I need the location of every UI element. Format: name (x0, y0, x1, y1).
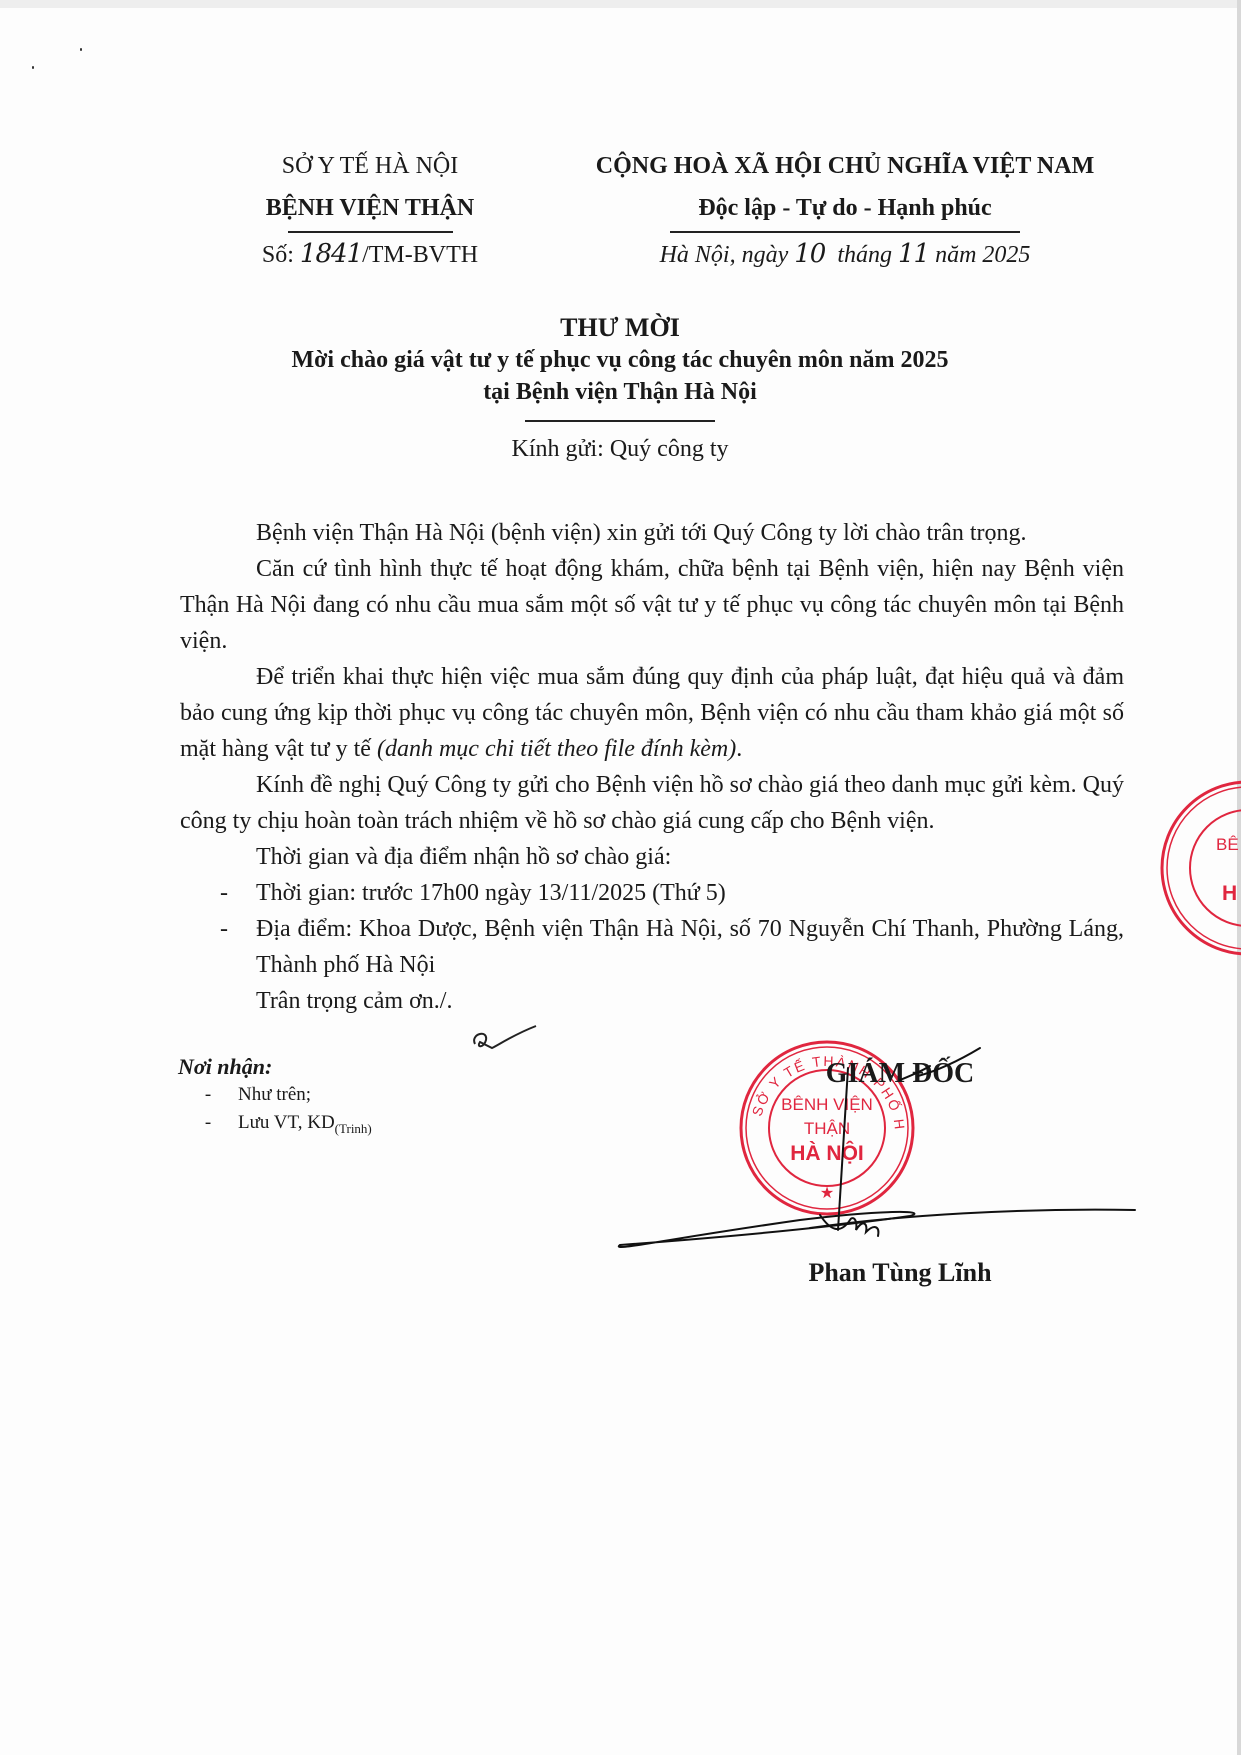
attachment-note: (danh mục chi tiết theo file đính kèm) (377, 736, 736, 762)
initial-mark-icon (470, 1024, 540, 1054)
letter-body: Bệnh viện Thận Hà Nội (bệnh viện) xin gử… (180, 515, 1124, 1019)
bullet-dash: - (180, 875, 256, 911)
date-month-handwritten: 11 (898, 239, 929, 269)
scan-speck (80, 48, 82, 51)
paragraph: Thời gian và địa điểm nhận hồ sơ chào gi… (180, 839, 1124, 875)
national-header: CỘNG HOÀ XÃ HỘI CHỦ NGHĨA VIỆT NAM Độc l… (575, 145, 1115, 276)
scan-top-edge (0, 0, 1241, 8)
organization-name: BỆNH VIỆN THẬN (220, 187, 520, 229)
doc-number-label: Số: (262, 242, 294, 268)
recipient-text: Như trên; (238, 1081, 311, 1109)
doc-number-handwritten: 1841 (300, 239, 362, 269)
department-name: SỞ Y TẾ HÀ NỘI (220, 145, 520, 187)
recipient-item: - Lưu VT, KD(Trinh) (178, 1109, 372, 1143)
paragraph: Bệnh viện Thận Hà Nội (bệnh viện) xin gử… (180, 515, 1124, 551)
document-number: Số: 1841/TM-BVTH (220, 233, 520, 276)
paragraph-end: . (736, 736, 742, 762)
title-subtitle-1: Mời chào giá vật tư y tế phục vụ công tá… (170, 344, 1070, 376)
bullet-dash: - (180, 911, 256, 983)
list-item: - Địa điểm: Khoa Dược, Bệnh viện Thận Hà… (180, 911, 1124, 983)
national-motto: Độc lập - Tự do - Hạnh phúc (575, 187, 1115, 229)
title-subtitle-2: tại Bệnh viện Thận Hà Nội (170, 376, 1070, 408)
page-seal-icon: BÊ H (1158, 778, 1241, 958)
title-main: THƯ MỜI (170, 312, 1070, 344)
bullet-dash: - (178, 1081, 238, 1109)
doc-number-suffix: /TM-BVTH (362, 242, 478, 268)
date-month-label: tháng (837, 242, 892, 268)
document-title: THƯ MỜI Mời chào giá vật tư y tế phục vụ… (170, 312, 1070, 422)
nation-name: CỘNG HOÀ XÃ HỘI CHỦ NGHĨA VIỆT NAM (575, 145, 1115, 187)
paragraph: Để triển khai thực hiện việc mua sắm đún… (180, 659, 1124, 767)
list-item: - Thời gian: trước 17h00 ngày 13/11/2025… (180, 875, 1124, 911)
deadline-text: Thời gian: trước 17h00 ngày 13/11/2025 (… (256, 875, 1124, 911)
svg-text:H: H (1222, 882, 1237, 905)
divider (525, 420, 715, 422)
recipients-block: Nơi nhận: - Như trên; - Lưu VT, KD(Trinh… (178, 1053, 372, 1143)
scan-speck (32, 66, 34, 69)
issuer-block: SỞ Y TẾ HÀ NỘI BỆNH VIỆN THẬN Số: 1841/T… (220, 145, 520, 276)
date-place: Hà Nội, ngày (660, 242, 789, 268)
recipient-sub: (Trinh) (335, 1121, 372, 1136)
location-text: Địa điểm: Khoa Dược, Bệnh viện Thận Hà N… (256, 911, 1124, 983)
issue-date: Hà Nội, ngày 10 tháng 11 năm 2025 (575, 233, 1115, 276)
recipient-item: - Như trên; (178, 1081, 372, 1109)
paragraph: Căn cứ tình hình thực tế hoạt động khám,… (180, 551, 1124, 659)
svg-text:BÊ: BÊ (1216, 835, 1239, 854)
bullet-dash: - (178, 1109, 238, 1143)
date-year: năm 2025 (935, 242, 1030, 268)
handwritten-signature-icon (600, 1040, 1140, 1270)
signatory-name: Phan Tùng Lĩnh (760, 1258, 1040, 1288)
recipient-text: Lưu VT, KD (238, 1112, 335, 1133)
recipients-label: Nơi nhận: (178, 1053, 372, 1081)
paragraph: Kính đề nghị Quý Công ty gửi cho Bệnh vi… (180, 767, 1124, 839)
date-day-handwritten: 10 (794, 239, 825, 269)
greeting: Kính gửi: Quý công ty (170, 436, 1070, 463)
closing: Trân trọng cảm ơn./. (180, 983, 1124, 1019)
